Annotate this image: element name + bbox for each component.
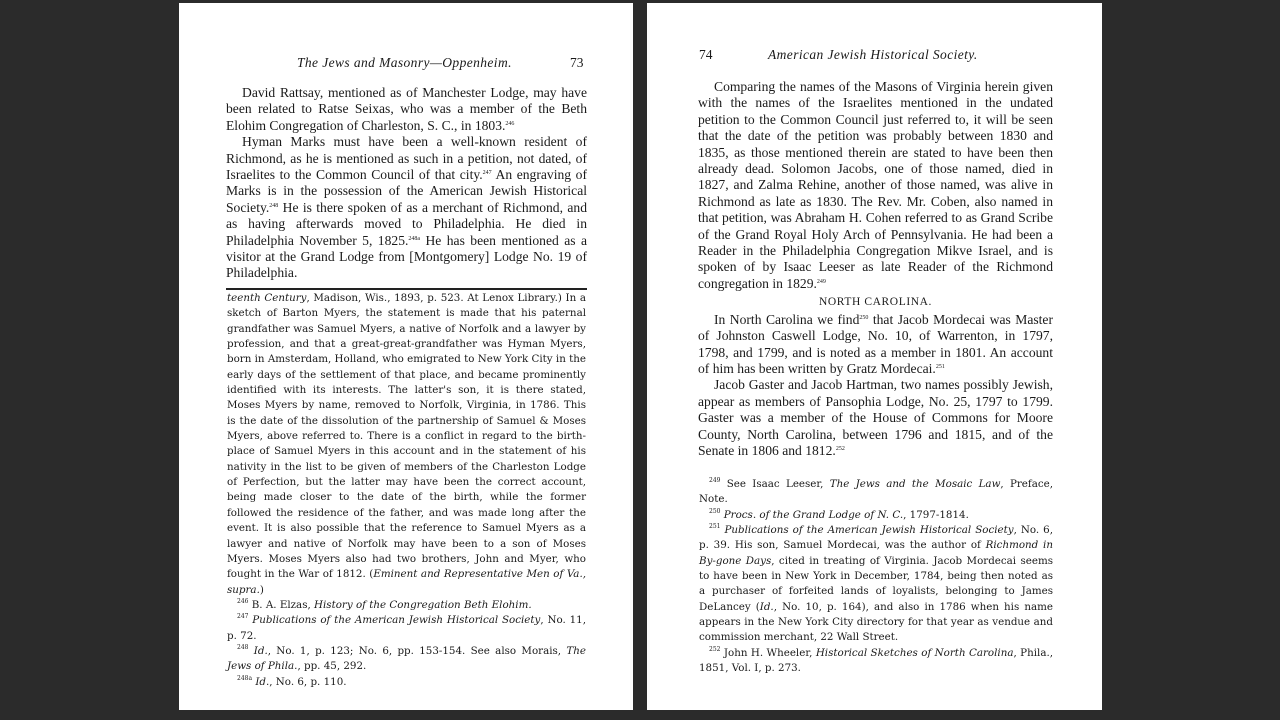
footnote-ref[interactable]: 248: [269, 203, 278, 209]
left-page: The Jews and Masonry—Oppenheim. 73 David…: [179, 3, 633, 710]
footnote-ref[interactable]: 251: [936, 364, 945, 370]
body-text: Comparing the names of the Masons of Vir…: [698, 79, 1053, 459]
footnote: 250 Procs. of the Grand Lodge of N. C., …: [699, 508, 1053, 523]
paragraph: In North Carolina we find250 that Jacob …: [698, 312, 1053, 378]
footnote-ref[interactable]: 252: [836, 446, 845, 452]
footnote: 249 See Isaac Leeser, The Jews and the M…: [699, 477, 1053, 508]
running-head-title: The Jews and Masonry—Oppenheim.: [297, 55, 512, 71]
footnote: 247 Publications of the American Jewish …: [227, 613, 586, 644]
footnote: 248 Id., No. 1, p. 123; No. 6, pp. 153-1…: [227, 644, 586, 675]
running-head-title: American Jewish Historical Society.: [768, 47, 978, 63]
paragraph: Comparing the names of the Masons of Vir…: [698, 79, 1053, 292]
page-number: 73: [570, 55, 584, 71]
footnote: 246 B. A. Elzas, History of the Congrega…: [227, 598, 586, 613]
body-text: David Rattsay, mentioned as of Mancheste…: [226, 85, 587, 282]
right-page: 74 American Jewish Historical Society. C…: [647, 3, 1102, 710]
footnote-ref[interactable]: 248a: [408, 236, 420, 242]
footnote: 252 John H. Wheeler, Historical Sketches…: [699, 646, 1053, 677]
section-heading: NORTH CAROLINA.: [698, 294, 1053, 310]
paragraph: Jacob Gaster and Jacob Hartman, two name…: [698, 377, 1053, 459]
footnote-divider: [226, 288, 587, 290]
continued-footnote: teenth Century, Madison, Wis., 1893, p. …: [227, 291, 586, 598]
page-number: 74: [699, 47, 713, 63]
footnotes: teenth Century, Madison, Wis., 1893, p. …: [227, 291, 586, 690]
paragraph: Hyman Marks must have been a well-known …: [226, 134, 587, 282]
paragraph: David Rattsay, mentioned as of Mancheste…: [226, 85, 587, 134]
footnotes: 249 See Isaac Leeser, The Jews and the M…: [699, 477, 1053, 676]
footnote: 251 Publications of the American Jewish …: [699, 523, 1053, 646]
footnote: 248a Id., No. 6, p. 110.: [227, 675, 586, 690]
footnote-ref[interactable]: 247: [483, 170, 492, 176]
footnote-ref[interactable]: 249: [817, 279, 826, 285]
footnote-ref[interactable]: 246: [505, 121, 514, 127]
